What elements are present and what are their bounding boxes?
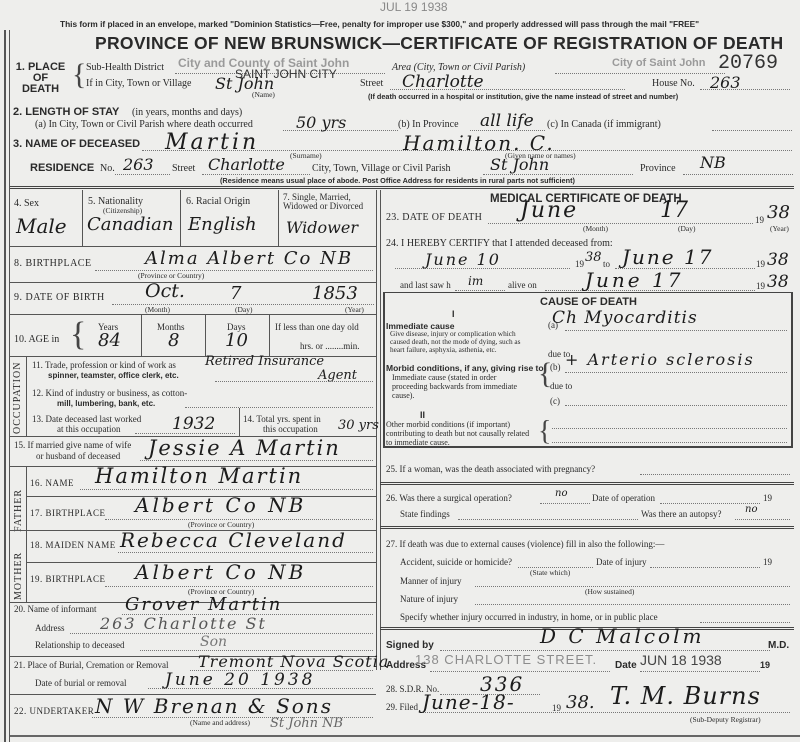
residence-city-label: City, Town, Village or Civil Parish (312, 163, 451, 174)
area-stamp: City of Saint John (612, 57, 706, 69)
attended-from: June 10 (425, 250, 501, 269)
attended-to-year: 38 (767, 250, 789, 270)
racial-origin-value: English (188, 214, 257, 235)
injury-date-suffix: 19 (763, 557, 772, 567)
roman-two: II (420, 410, 425, 420)
alive-year-prefix: 19 (756, 281, 765, 291)
date-of-death-month: June (520, 198, 578, 223)
manner-label: Manner of injury (400, 576, 461, 586)
deceased-name-label: 3. NAME OF DECEASED (13, 138, 140, 150)
left-border (4, 30, 6, 742)
age-brace: { (70, 316, 86, 354)
date-of-death-year: 38 (767, 202, 790, 223)
attended-from-year: 38 (585, 250, 602, 265)
stay-canada-label: (c) In Canada (if immigrant) (547, 119, 661, 130)
last-saw-value: im (468, 274, 483, 288)
informant-label: 20. Name of informant (14, 604, 96, 614)
alive-on-value: June 17 (585, 268, 683, 292)
other-brace: { (538, 418, 551, 446)
birthplace-label: 8. BIRTHPLACE (14, 258, 92, 269)
alive-on-label: alive on (508, 280, 537, 290)
certify-label: 24. I HEREBY CERTIFY that I attended dec… (386, 238, 613, 249)
dob-year: 1853 (312, 283, 358, 304)
residence-province-label: Province (640, 163, 676, 174)
registrar-signature: T. M. Burns (610, 682, 761, 710)
relationship-value: Son (200, 634, 227, 650)
father-birthplace-label: 17. BIRTHPLACE (30, 508, 105, 518)
street-value: Charlotte (402, 72, 484, 92)
mail-notice: This form if placed in an envelope, mark… (60, 19, 699, 29)
morbid-label: Morbid conditions, if any, giving rise t… (386, 363, 544, 373)
due-to-2: due to (550, 381, 572, 391)
burial-label: 21. Place of Burial, Cremation or Remova… (14, 660, 168, 670)
occupation-q11-sub: spinner, teamster, office clerk, etc. (48, 371, 179, 380)
injury-date-label: Date of injury (596, 557, 646, 567)
father-name-value: Hamilton Martin (95, 464, 303, 488)
occupation-q12-sub: mill, lumbering, bank, etc. (57, 399, 155, 408)
informant-address-label: Address (35, 623, 65, 633)
occupation-q13-label: 13. Date deceased last worked (32, 414, 141, 424)
dob-day: 7 (230, 283, 241, 304)
certificate-number: 20769 (718, 52, 778, 75)
birthplace-value: Alma Albert Co NB (145, 248, 353, 269)
residence-note: (Residence means usual place of abode. P… (220, 176, 575, 185)
signer-address-stamp: 138 CHARLOTTE STREET. (415, 652, 597, 667)
received-stamp: JUL 19 1938 (380, 0, 448, 14)
last-saw-label: and last saw h (400, 280, 451, 290)
md-label: M.D. (768, 640, 789, 651)
nature-label: Nature of injury (400, 594, 458, 604)
name-caption: (Name) (252, 90, 275, 99)
signed-date-label: Date (615, 660, 637, 671)
occupation-q14-label: 14. Total yrs. spent in (243, 414, 321, 424)
city-label: If in City, Town or Village (86, 78, 191, 89)
mother-birthplace-label: 19. BIRTHPLACE (30, 574, 105, 584)
house-no-label: House No. (652, 78, 695, 89)
death-day-caption: (Day) (678, 224, 696, 233)
spouse-sub: or husband of deceased (36, 451, 120, 461)
marital-status-value: Widower (286, 218, 358, 237)
undertaker-label: 22. UNDERTAKER (14, 706, 94, 716)
sub-health-district-label: Sub-Health District (86, 62, 164, 73)
father-birthplace-value: Albert Co NB (135, 493, 306, 517)
residence-city-value: St John (490, 155, 549, 174)
pregnancy-label: 25. If a woman, was the death associated… (386, 464, 595, 474)
sex-value: Male (16, 214, 67, 238)
accident-label: Accident, suicide or homicide? (400, 557, 512, 567)
age-days-value: 10 (225, 330, 248, 351)
residence-street-value: Charlotte (208, 155, 285, 174)
occupation-q11-value-1: Retired Insurance (205, 354, 324, 369)
undertaker-address: St John NB (270, 716, 343, 731)
page-title: PROVINCE OF NEW BRUNSWICK—CERTIFICATE OF… (95, 33, 783, 54)
death-year-caption: (Year) (770, 224, 789, 233)
dob-month-caption: (Month) (145, 305, 170, 314)
sex-label: 4. Sex (14, 198, 39, 209)
roman-one: I (452, 309, 455, 319)
residence-label: RESIDENCE (30, 162, 94, 174)
spouse-value: Jessie A Martin (148, 436, 341, 460)
father-name-label: 16. NAME (30, 478, 74, 488)
section-divider (10, 186, 794, 189)
mother-name-label: 18. MAIDEN NAME (30, 540, 116, 550)
signed-by-label: Signed by (386, 640, 434, 651)
surname-caption: (Surname) (290, 151, 322, 160)
house-no-value: 263 (710, 73, 741, 92)
length-of-stay-sub: (in years, months and days) (132, 107, 242, 118)
marital-status-label: 7. Single, Married, Widowed or Divorced (283, 193, 375, 211)
to-year-prefix: 19 (756, 259, 765, 269)
length-of-stay-label: 2. LENGTH OF STAY (13, 106, 119, 118)
birthplace-caption: (Province or Country) (138, 271, 204, 280)
left-border-inner (9, 30, 10, 742)
cause-of-death-title: CAUSE OF DEATH (540, 296, 637, 308)
signed-date-suffix: 19 (760, 660, 770, 670)
mother-birthplace-value: Albert Co NB (135, 560, 306, 584)
date-of-death-day: 17 (660, 198, 688, 223)
dob-year-caption: (Year) (345, 305, 364, 314)
death-month-caption: (Month) (583, 224, 608, 233)
undertaker-caption: (Name and address) (190, 718, 250, 727)
burial-value: Tremont Nova Scotia (198, 652, 389, 671)
alive-on-year: 38 (767, 272, 789, 292)
death-certificate: JUL 19 1938 This form if placed in an en… (0, 0, 800, 742)
occupation-q14-sub: this occupation (263, 424, 318, 434)
place-of-death-label: 1. PLACE OF DEATH (13, 62, 68, 95)
informant-address-value: 263 Charlotte St (100, 614, 267, 633)
filed-year-prefix: 19 (552, 703, 561, 713)
signed-by-value: D C Malcolm (540, 624, 704, 648)
residence-no-value: 263 (123, 155, 154, 174)
manner-caption: (How sustained) (585, 587, 634, 596)
stay-province-value: all life (480, 111, 534, 131)
dob-label: 9. DATE OF BIRTH (14, 292, 105, 303)
surgical-operation-label: 26. Was there a surgical operation? (386, 493, 512, 503)
cause-a-value: Ch Myocarditis (552, 308, 698, 328)
filed-date-value: June-18- (422, 690, 515, 714)
occupation-q14-value: 30 yrs (338, 418, 379, 433)
institution-note: (If death occurred in a hospital or inst… (368, 92, 678, 101)
operation-date-label: Date of operation (592, 493, 655, 503)
burial-date-label: Date of burial or removal (35, 678, 126, 688)
immediate-cause-desc: Give disease, injury or complication whi… (390, 330, 525, 354)
filed-year-value: 38. (566, 692, 595, 713)
medical-certificate-title: MEDICAL CERTIFICATE OF DEATH (490, 193, 682, 205)
informant-value: Grover Martin (125, 594, 282, 615)
residence-street-label: Street (172, 163, 195, 174)
cause-b-value: + Arterio sclerosis (565, 350, 755, 369)
relationship-label: Relationship to deceased (35, 640, 124, 650)
specify-injury-label: Specify whether injury occurred in indus… (400, 612, 658, 622)
deceased-surname: Martin (165, 130, 259, 155)
residence-no-label: No. (100, 163, 115, 174)
undertaker-value: N W Brenan & Sons (95, 694, 333, 718)
cause-b-prefix: (b) (550, 362, 561, 372)
less-than-day-label: If less than one day old (275, 322, 359, 332)
other-conditions-label: Other morbid conditions (if important) c… (386, 420, 536, 447)
external-causes-label: 27. If death was due to external causes … (386, 539, 664, 549)
autopsy-value: no (745, 504, 757, 515)
occupation-q13-sub: at this occupation (57, 424, 120, 434)
death-year-prefix: 19 (755, 215, 764, 225)
operation-date-suffix: 19 (763, 493, 772, 503)
occupation-q13-value: 1932 (172, 414, 215, 434)
filed-label: 29. Filed (386, 702, 418, 712)
registrar-caption: (Sub-Deputy Registrar) (690, 715, 761, 724)
from-year-prefix: 19 (575, 259, 584, 269)
stay-province-label: (b) In Province (398, 119, 459, 130)
brace: { (72, 58, 86, 92)
date-of-death-label: 23. DATE OF DEATH (386, 212, 482, 223)
father-side-label: FATHER (13, 489, 24, 532)
accident-caption: (State which) (530, 568, 570, 577)
dob-day-caption: (Day) (235, 305, 253, 314)
spouse-label: 15. If married give name of wife (14, 440, 131, 450)
age-months-value: 8 (168, 330, 179, 351)
nationality-value: Canadian (87, 214, 173, 235)
signed-date-stamp: JUN 18 1938 (640, 652, 722, 668)
morbid-desc: Immediate cause (stated in order proceed… (392, 373, 527, 400)
occupation-q11-label: 11. Trade, profession or kind of work as (32, 360, 176, 370)
state-findings-label: State findings (400, 509, 450, 519)
burial-date-value: June 20 1938 (165, 670, 315, 690)
mother-name-value: Rebecca Cleveland (120, 528, 347, 552)
street-label: Street (360, 78, 383, 89)
age-years-value: 84 (98, 330, 121, 351)
surgical-operation-value: no (555, 488, 567, 499)
residence-province-value: NB (700, 153, 726, 172)
stay-city-value: 50 yrs (296, 113, 346, 132)
hrs-min-label: hrs. or ........min. (300, 341, 360, 351)
cause-c-prefix: (c) (550, 396, 560, 406)
occupation-side-label: OCCUPATION (12, 362, 23, 434)
occupation-q12-label: 12. Kind of industry or business, as cot… (32, 388, 187, 398)
mother-side-label: MOTHER (13, 552, 24, 600)
stay-city-label: (a) In City, Town or Civil Parish where … (35, 119, 253, 130)
autopsy-label: Was there an autopsy? (641, 509, 722, 519)
age-label: 10. AGE in (14, 334, 59, 345)
racial-origin-label: 6. Racial Origin (186, 196, 250, 207)
dob-month: Oct. (145, 280, 185, 302)
attended-to: June 17 (622, 245, 713, 269)
